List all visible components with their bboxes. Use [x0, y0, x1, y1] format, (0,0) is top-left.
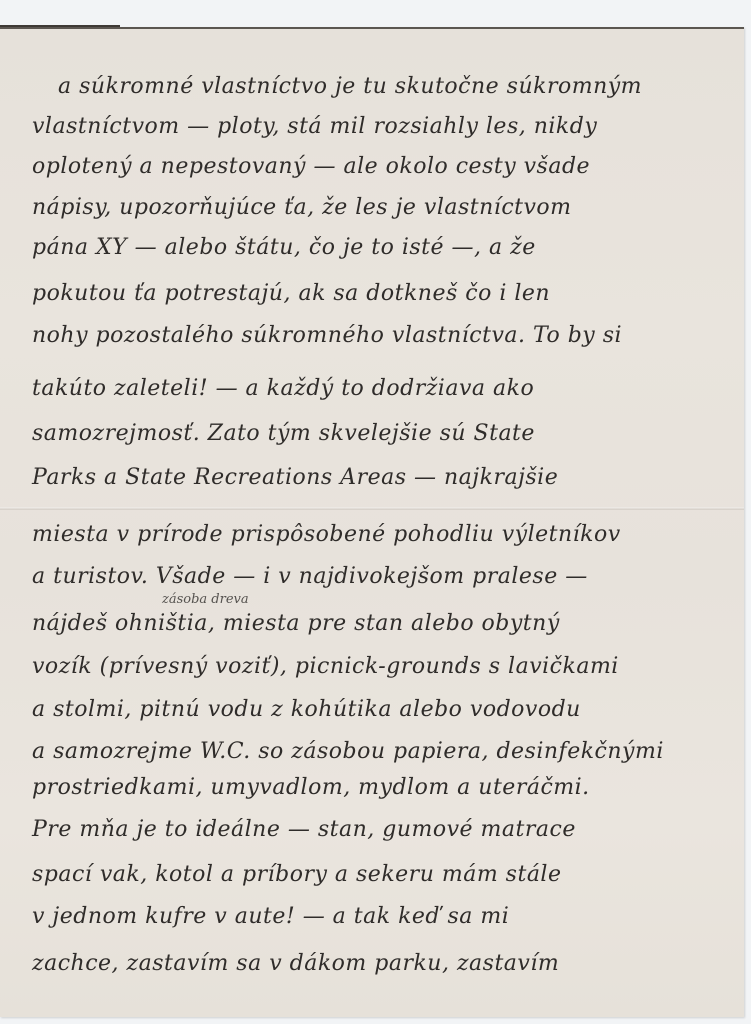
inserted-note: zásoba dreva — [162, 592, 249, 607]
text-line-4: nápisy, upozorňujúce ťa, že les je vlast… — [32, 195, 572, 220]
text-line-18: Pre mňa je to ideálne — stan, gumové mat… — [32, 817, 576, 842]
text-line-7: nohy pozostalého súkromného vlastníctva.… — [32, 323, 622, 348]
text-line-6: pokutou ťa potrestajú, ak sa dotkneš čo … — [32, 281, 550, 306]
text-line-3: oplotený a nepestovaný — ale okolo cesty… — [32, 154, 590, 179]
text-line-13: nájdeš ohništia, miesta pre stan alebo o… — [32, 611, 560, 636]
text-line-2: vlastníctvom — ploty, stá mil rozsiahly … — [32, 114, 597, 139]
text-line-9: samozrejmosť. Zato tým skvelejšie sú Sta… — [32, 421, 535, 446]
text-line-21: zachce, zastavím sa v dákom parku, zasta… — [32, 951, 559, 976]
text-line-19: spací vak, kotol a príbory a sekeru mám … — [32, 862, 562, 887]
text-line-12: a turistov. Všade — i v najdivokejšom pr… — [32, 564, 588, 589]
text-line-11: miesta v prírode prispôsobené pohodliu v… — [32, 522, 621, 547]
text-line-1: a súkromné vlastníctvo je tu skutočne sú… — [58, 74, 642, 99]
text-line-17: prostriedkami, umyvadlom, mydlom a uterá… — [32, 775, 590, 800]
text-line-15: a stolmi, pitnú vodu z kohútika alebo vo… — [32, 697, 581, 722]
text-line-5: pána XY — alebo štátu, čo je to isté —, … — [32, 235, 536, 260]
scan-background: a súkromné vlastníctvo je tu skutočne sú… — [0, 0, 751, 1024]
letter-sheet: a súkromné vlastníctvo je tu skutočne sú… — [0, 27, 744, 1017]
text-line-20: v jednom kufre v aute! — a tak keď sa mi — [32, 904, 509, 929]
text-line-14: vozík (prívesný voziť), picnick-grounds … — [32, 654, 619, 679]
text-line-8: takúto zaleteli! — a každý to dodržiava … — [32, 376, 534, 401]
text-line-10: Parks a State Recreations Areas — najkra… — [32, 465, 558, 490]
text-line-16: a samozrejme W.C. so zásobou papiera, de… — [32, 739, 664, 764]
